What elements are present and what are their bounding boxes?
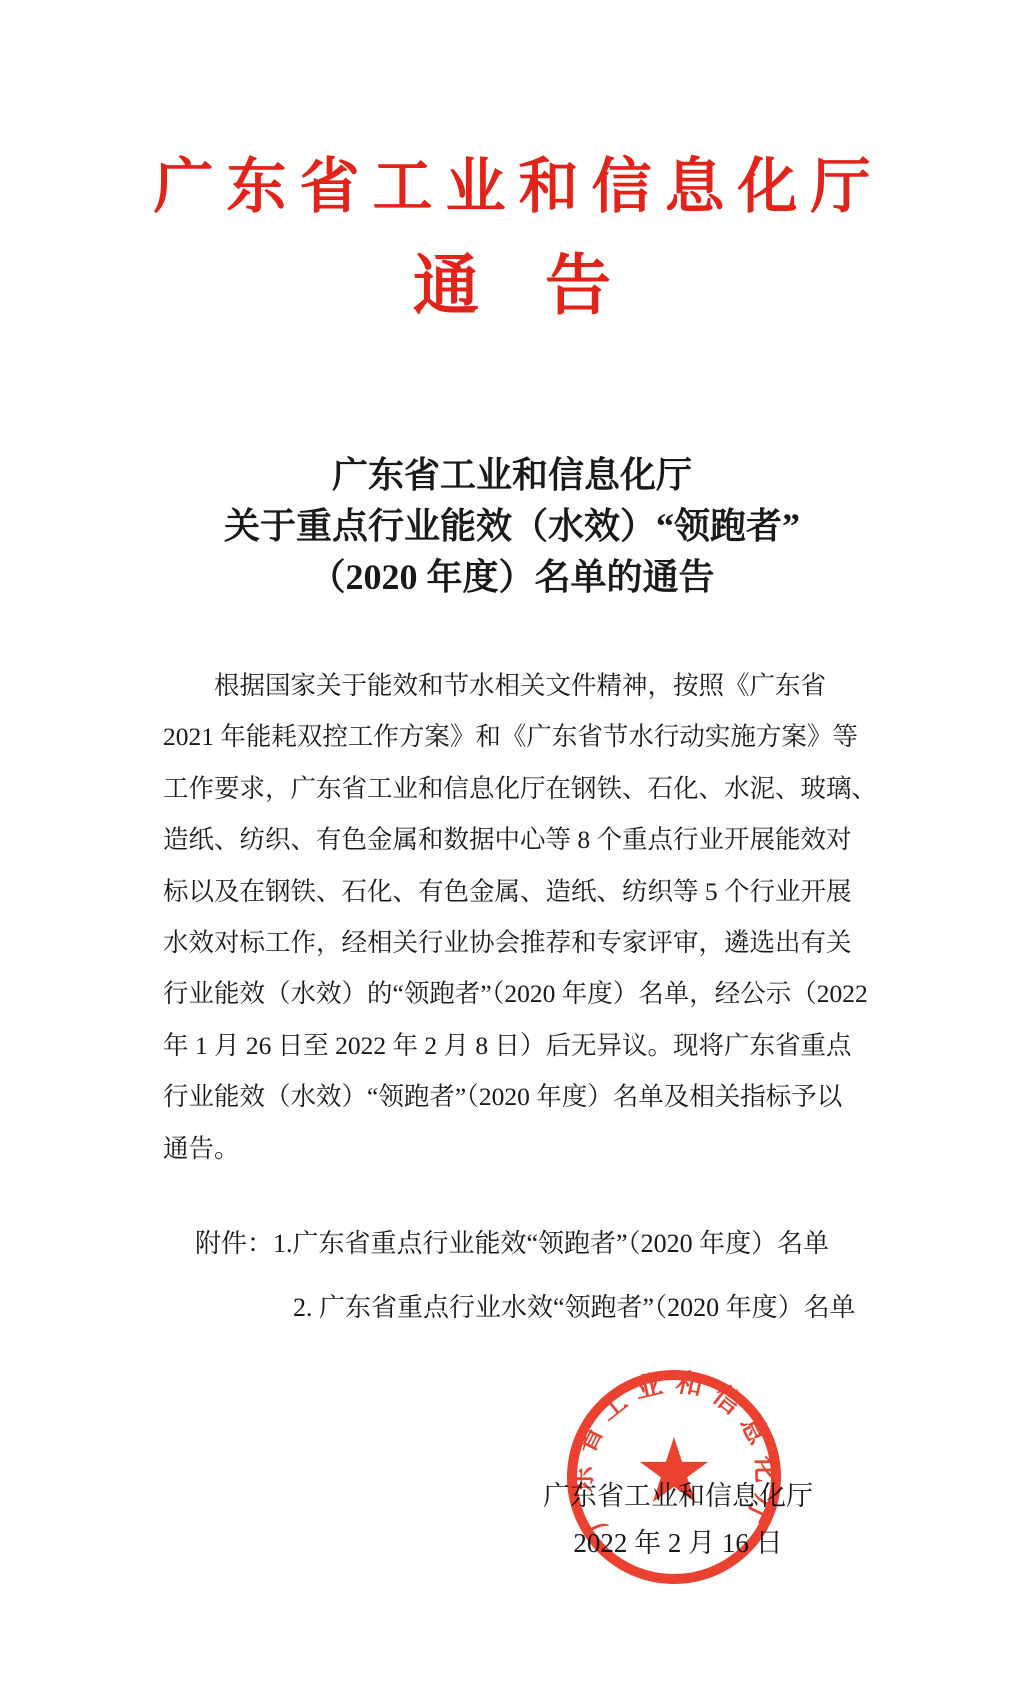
attachments-block: 附件： 1.广东省重点行业能效“领跑者”（2020 年度）名单 2. 广东省重点… [195,1212,856,1340]
body-paragraph: 根据国家关于能效和节水相关文件精神，按照《广东省 2021 年能耗双控工作方案》… [163,660,893,1174]
body-line: 水效对标工作，经相关行业协会推荐和专家评审，遴选出有关 [163,917,893,968]
document-page: 广东省工业和信息化厅 通 告 广东省工业和信息化厅 关于重点行业能效（水效）“领… [0,0,1024,1697]
body-line: 2021 年能耗双控工作方案》和《广东省节水行动实施方案》等 [163,711,893,762]
body-line: 根据国家关于能效和节水相关文件精神，按照《广东省 [163,660,893,711]
attachment-item-2: 2. 广东省重点行业水效“领跑者”（2020 年度）名单 [293,1276,856,1340]
attachments-label: 附件： [195,1212,273,1276]
body-line: 标以及在钢铁、石化、有色金属、造纸、纺织等 5 个行业开展 [163,866,893,917]
notice-title: 广东省工业和信息化厅 关于重点行业能效（水效）“领跑者” （2020 年度）名单… [0,450,1024,603]
notice-title-line-3: （2020 年度）名单的通告 [0,552,1024,603]
body-line: 通告。 [163,1123,893,1174]
notice-title-line-1: 广东省工业和信息化厅 [0,450,1024,501]
body-line: 造纸、纺织、有色金属和数据中心等 8 个重点行业开展能效对 [163,814,893,865]
attachments-list: 1.广东省重点行业能效“领跑者”（2020 年度）名单 2. 广东省重点行业水效… [273,1212,856,1340]
notice-title-line-2: 关于重点行业能效（水效）“领跑者” [0,501,1024,552]
attachment-item-1: 1.广东省重点行业能效“领跑者”（2020 年度）名单 [273,1212,856,1276]
body-line: 行业能效（水效）“领跑者”（2020 年度）名单及相关指标予以 [163,1071,893,1122]
letterhead-agency: 广东省工业和信息化厅 [0,152,1024,222]
body-line: 年 1 月 26 日至 2022 年 2 月 8 日）后无异议。现将广东省重点 [163,1020,893,1071]
signature-date: 2022 年 2 月 16 日 [540,1527,816,1559]
body-line: 行业能效（水效）的“领跑者”（2020 年度）名单，经公示（2022 [163,968,893,1019]
body-line: 工作要求，广东省工业和信息化厅在钢铁、石化、水泥、玻璃、 [163,763,893,814]
signature-agency: 广东省工业和信息化厅 [540,1480,816,1512]
letterhead-doc-type: 通 告 [0,250,1024,324]
